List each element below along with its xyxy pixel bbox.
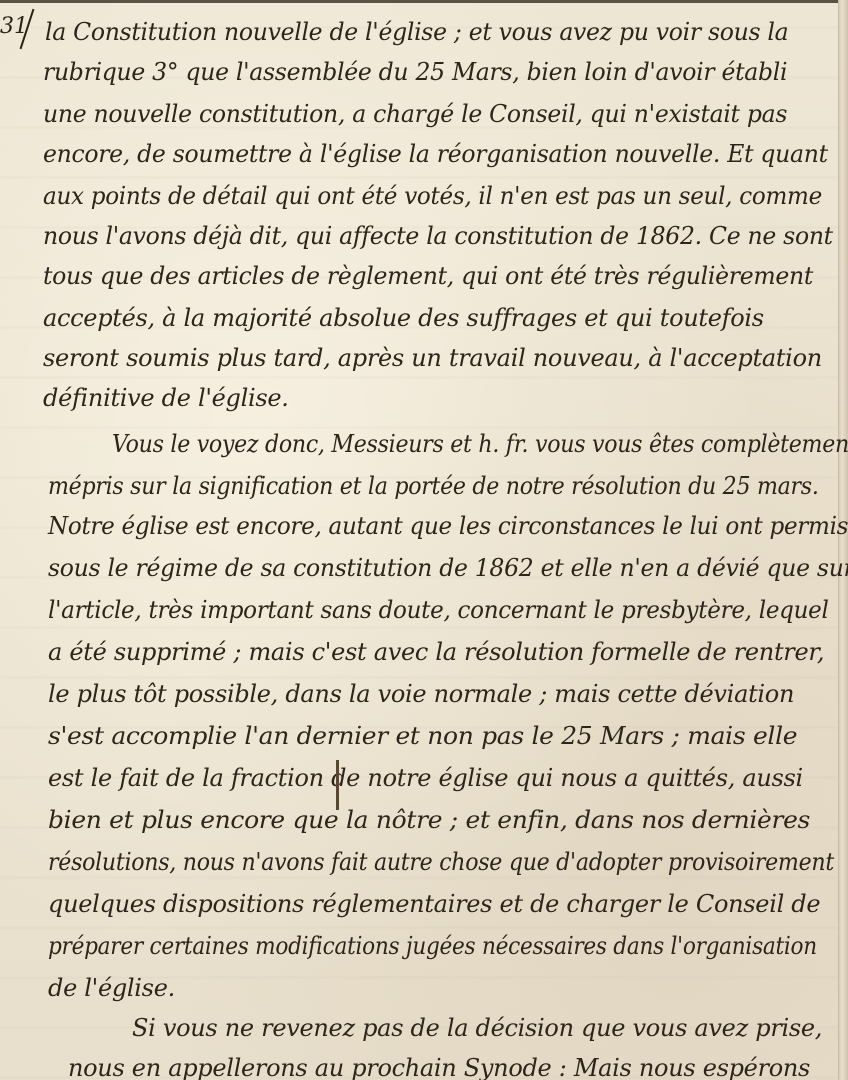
text-line: mépris sur la signification et la portée… <box>48 472 819 500</box>
page-top-edge <box>0 0 848 3</box>
text-line: sous le régime de sa constitution de 186… <box>48 554 848 582</box>
page-binding-edge <box>838 0 848 1080</box>
text-line: nous l'avons déjà dit, qui affecte la co… <box>43 222 833 250</box>
text-line: seront soumis plus tard, après un travai… <box>43 344 822 372</box>
text-line: rubrique 3° que l'assemblée du 25 Mars, … <box>43 58 787 86</box>
text-line: l'article, très important sans doute, co… <box>48 596 829 624</box>
text-line: définitive de l'église. <box>43 384 289 412</box>
text-line: de l'église. <box>48 974 175 1002</box>
text-line: quelques dispositions réglementaires et … <box>48 890 820 918</box>
manuscript-page: 31 la Constitution nouvelle de l'église … <box>0 0 848 1080</box>
text-line: le plus tôt possible, dans la voie norma… <box>48 680 794 708</box>
text-line: résolutions, nous n'avons fait autre cho… <box>48 848 834 876</box>
text-line: Notre église est encore, autant que les … <box>48 512 848 540</box>
text-line: s'est accomplie l'an dernier et non pas … <box>48 722 797 750</box>
text-line-paragraph-start: Si vous ne revenez pas de la décision qu… <box>132 1014 822 1042</box>
text-line: est le fait de la fraction de notre égli… <box>48 764 803 792</box>
text-line: la Constitution nouvelle de l'église ; e… <box>45 18 788 46</box>
text-line: aux points de détail qui ont été votés, … <box>43 182 822 210</box>
text-line: a été supprimé ; mais c'est avec la réso… <box>48 638 824 666</box>
insertion-mark <box>336 760 339 810</box>
text-line: bien et plus encore que la nôtre ; et en… <box>48 806 810 834</box>
text-line: une nouvelle constitution, a chargé le C… <box>43 100 787 128</box>
text-line: nous en appellerons au prochain Synode :… <box>68 1054 810 1080</box>
text-line-paragraph-start: Vous le voyez donc, Messieurs et h. fr. … <box>112 430 848 458</box>
text-line: préparer certaines modifications jugées … <box>48 932 817 960</box>
text-line: acceptés, à la majorité absolue des suff… <box>43 304 764 332</box>
text-line: tous que des articles de règlement, qui … <box>43 262 813 290</box>
text-line: encore, de soumettre à l'église la réorg… <box>43 140 828 168</box>
